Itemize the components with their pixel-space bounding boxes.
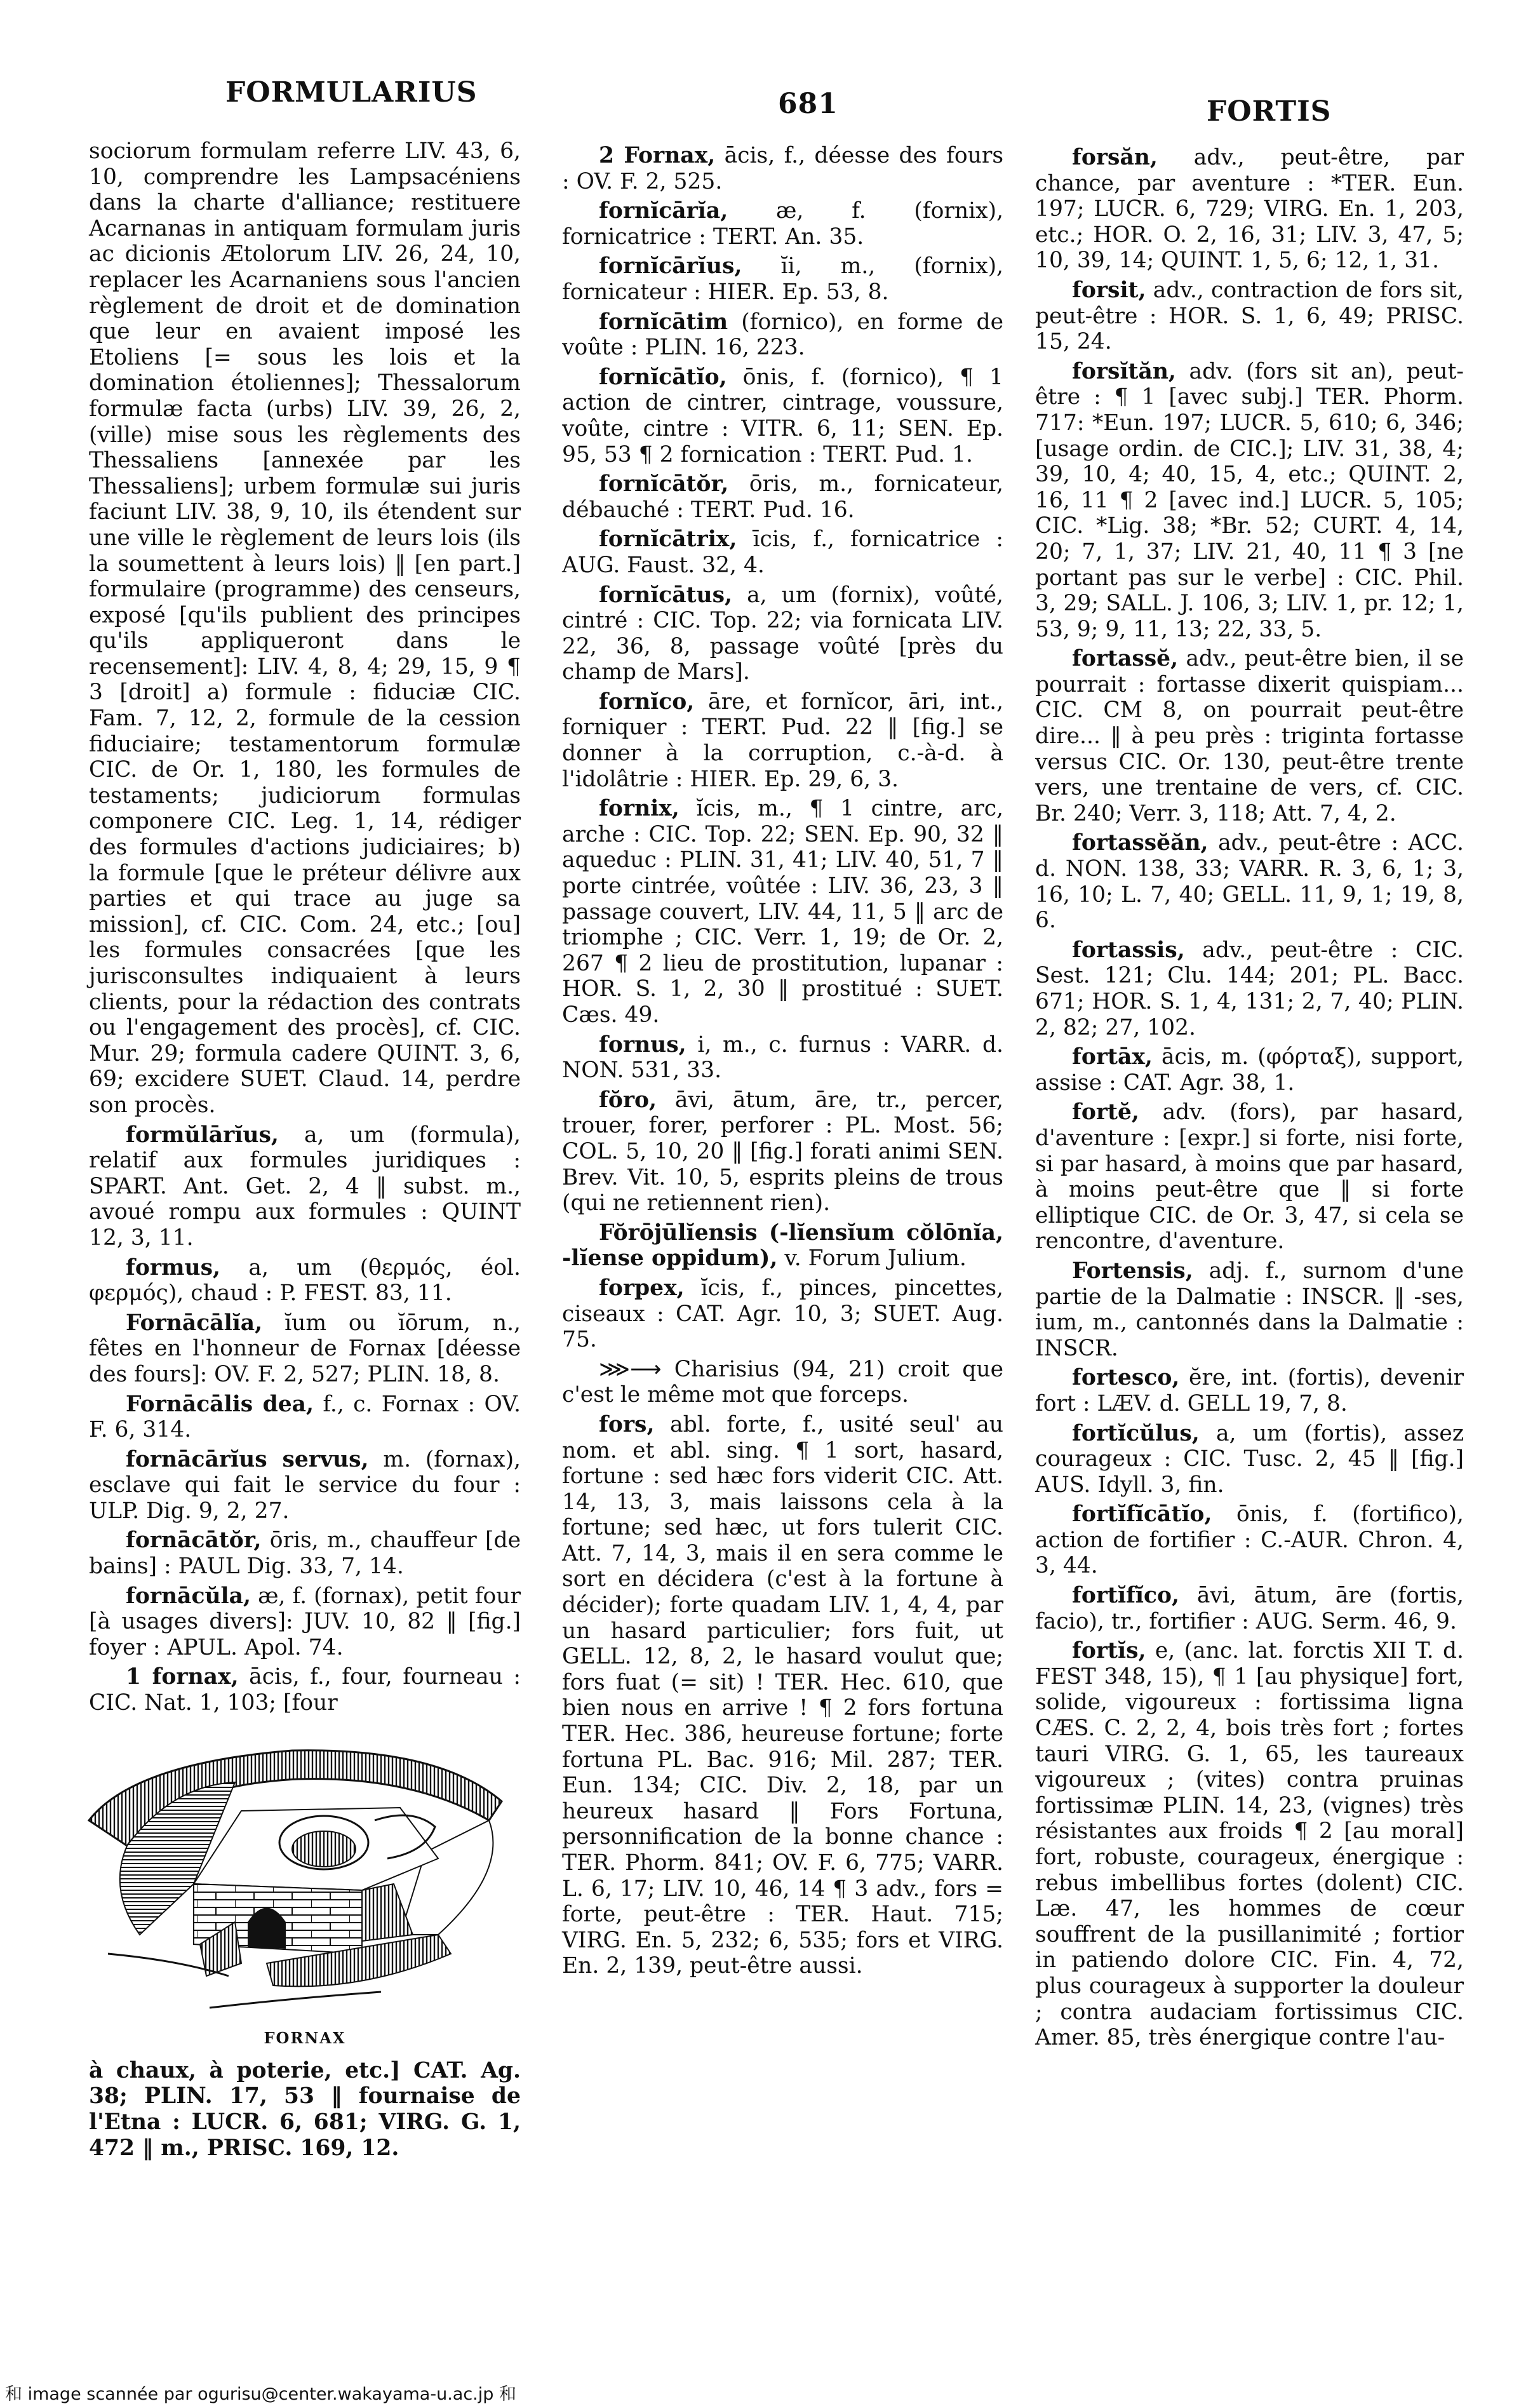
- dictionary-entry: fortĭcŭlus, a, um (fortis), assez courag…: [1035, 1421, 1464, 1498]
- dictionary-entry: fortesco, ĕre, int. (fortis), devenir fo…: [1035, 1365, 1464, 1416]
- running-head-left: FORMULARIUS: [225, 76, 478, 109]
- headword: Fornācālis dea,: [126, 1392, 314, 1417]
- dictionary-entry: fornācŭla, æ, f. (fornax), petit four [à…: [89, 1583, 521, 1661]
- dictionary-entry: forsit, adv., contraction de fors sit, p…: [1035, 278, 1464, 355]
- headword: fornĭcātĭo,: [599, 365, 727, 390]
- headword: fortĭcŭlus,: [1072, 1421, 1200, 1446]
- headword: fortassis,: [1072, 938, 1185, 963]
- arrow-icon: ⋙⟶: [599, 1357, 662, 1382]
- headword: forpex,: [599, 1275, 685, 1301]
- dictionary-entry: fortassĕ, adv., peut-être bien, il se po…: [1035, 646, 1464, 826]
- dictionary-entry: fornācātŏr, ōris, m., chauffeur [de bain…: [89, 1528, 521, 1579]
- headword: fortesco,: [1072, 1365, 1179, 1390]
- dictionary-entry: fors, abl. forte, f., usité seul' au nom…: [562, 1412, 1003, 1979]
- dictionary-entry: Fŏrōjūlĭensis (-lĭensĭum cŏlōnĭa, -lĭens…: [562, 1220, 1003, 1272]
- page-number: 681: [778, 88, 838, 120]
- headword: forsĭtăn,: [1072, 359, 1176, 384]
- headword: fornācŭla,: [126, 1583, 251, 1609]
- headword: fortĭfĭcātĭo,: [1072, 1502, 1212, 1527]
- dictionary-entry: fornĭcātus, a, um (fornix), voûté, cintr…: [562, 582, 1003, 685]
- dictionary-entry: forpex, ĭcis, f., pinces, pincettes, cis…: [562, 1275, 1003, 1353]
- dictionary-entry: formŭlārĭus, a, um (formula), relatif au…: [89, 1122, 521, 1251]
- headword: fors,: [599, 1412, 654, 1437]
- headword: fornĭco,: [599, 689, 694, 715]
- headword: fornācārĭus servus,: [126, 1447, 369, 1472]
- headword: 2 Fornax,: [599, 143, 715, 168]
- dictionary-entry: fortĭfĭco, āvi, ātum, āre (fortis, facio…: [1035, 1583, 1464, 1634]
- headword: fornĭcārĭus,: [599, 253, 742, 279]
- dictionary-entry: 2 Fornax, ācis, f., déesse des fours : O…: [562, 143, 1003, 194]
- dictionary-entry: fornĭcārĭa, æ, f. (fornix), fornicatrice…: [562, 198, 1003, 250]
- scan-credit-footer: 和 image scannée par ogurisu@center.wakay…: [5, 2380, 516, 2405]
- headword: fornĭcātrix,: [599, 527, 737, 552]
- dictionary-entry: Fortensis, adj. f., surnom d'une partie …: [1035, 1258, 1464, 1361]
- headword: fortāx,: [1072, 1044, 1153, 1070]
- dictionary-entry: fortĕ, adv. (fors), par hasard, d'aventu…: [1035, 1099, 1464, 1254]
- dictionary-entry: fornĭcātŏr, ōris, m., fornicateur, débau…: [562, 471, 1003, 523]
- column-2: 2 Fornax, ācis, f., déesse des fours : O…: [562, 143, 1003, 1983]
- column-3: forsăn, adv., peut-être, par chance, par…: [1035, 145, 1464, 2055]
- dictionary-entry: fornĭcātrix, īcis, f., fornicatrice : AU…: [562, 527, 1003, 578]
- headword: fortĭfĭco,: [1072, 1583, 1179, 1608]
- dictionary-entry: fornĭcātĭo, ōnis, f. (fornico), ¶ 1 acti…: [562, 365, 1003, 467]
- headword: fornĭcātŏr,: [599, 471, 728, 497]
- headword: forsit,: [1072, 278, 1146, 303]
- dictionary-entry: forsăn, adv., peut-être, par chance, par…: [1035, 145, 1464, 274]
- dictionary-entry: fornix, ĭcis, m., ¶ 1 cintre, arc, arche…: [562, 796, 1003, 1028]
- dictionary-entry: fŏro, āvi, ātum, āre, tr., percer, troue…: [562, 1087, 1003, 1216]
- headword: fornĭcātus,: [599, 582, 732, 608]
- dictionary-entry: Fornācālis dea, f., c. Fornax : OV. F. 6…: [89, 1392, 521, 1443]
- running-head-right: FORTIS: [1207, 95, 1331, 128]
- headword: fortĭs,: [1072, 1638, 1146, 1663]
- headword: formus,: [126, 1255, 220, 1280]
- headword: Fortensis,: [1072, 1258, 1193, 1284]
- dictionary-entry: fornĭcārĭus, ĭi, m., (fornix), fornicate…: [562, 253, 1003, 305]
- headword: fortĕ,: [1072, 1099, 1139, 1125]
- headword: fortassĕ,: [1072, 646, 1178, 671]
- dictionary-entry: fortāx, ācis, m. (φόρταξ), support, assi…: [1035, 1044, 1464, 1096]
- headword: formŭlārĭus,: [126, 1122, 279, 1148]
- dictionary-entry: fortĭfĭcātĭo, ōnis, f. (fortifico), acti…: [1035, 1502, 1464, 1579]
- dictionary-entry: fornĭcātim (fornico), en forme de voûte …: [562, 309, 1003, 361]
- dictionary-entry: forsĭtăn, adv. (fors sit an), peut-être …: [1035, 359, 1464, 643]
- headword: fortassĕăn,: [1072, 830, 1209, 856]
- entry-continuation: à chaux, à poterie, etc.] CAT. Ag. 38; P…: [89, 2058, 521, 2161]
- dictionary-entry: formus, a, um (θερμός, éol. φερμός), cha…: [89, 1255, 521, 1307]
- headword: fornix,: [599, 796, 680, 821]
- dictionary-entry: fortassis, adv., peut-être : CIC. Sest. …: [1035, 938, 1464, 1040]
- entry-continuation: sociorum formulam referre LIV. 43, 6, 10…: [89, 138, 521, 1119]
- headword: fornĭcātim: [599, 309, 728, 335]
- dictionary-entry: 1 fornax, ācis, f., four, fourneau : CIC…: [89, 1664, 521, 1716]
- column-1: sociorum formulam referre LIV. 43, 6, 10…: [89, 138, 521, 2165]
- dictionary-entry: Fornācālĭa, ĭum ou ĭōrum, n., fêtes en l…: [89, 1310, 521, 1388]
- dictionary-entry: fornācārĭus servus, m. (fornax), esclave…: [89, 1447, 521, 1524]
- dictionary-note: ⋙⟶ Charisius (94, 21) croit que c'est le…: [562, 1357, 1003, 1408]
- headword: fŏro,: [599, 1087, 657, 1113]
- figure-caption: FORNAX: [89, 2026, 521, 2052]
- headword: fornĭcārĭa,: [599, 198, 728, 224]
- dictionary-entry: fornus, i, m., c. furnus : VARR. d. NON.…: [562, 1032, 1003, 1084]
- headword: forsăn,: [1072, 145, 1158, 170]
- headword: Fornācālĭa,: [126, 1310, 262, 1336]
- headword: fornus,: [599, 1032, 686, 1058]
- headword: 1 fornax,: [126, 1664, 239, 1690]
- dictionary-entry: fortĭs, e, (anc. lat. forctis XII T. d. …: [1035, 1638, 1464, 2051]
- dictionary-entry: fornĭco, āre, et fornĭcor, āri, int., fo…: [562, 689, 1003, 792]
- dictionary-entry: fortassĕăn, adv., peut-être : ACC. d. NO…: [1035, 830, 1464, 933]
- headword: fornācātŏr,: [126, 1528, 261, 1553]
- furnace-illustration-icon: [83, 1725, 521, 2024]
